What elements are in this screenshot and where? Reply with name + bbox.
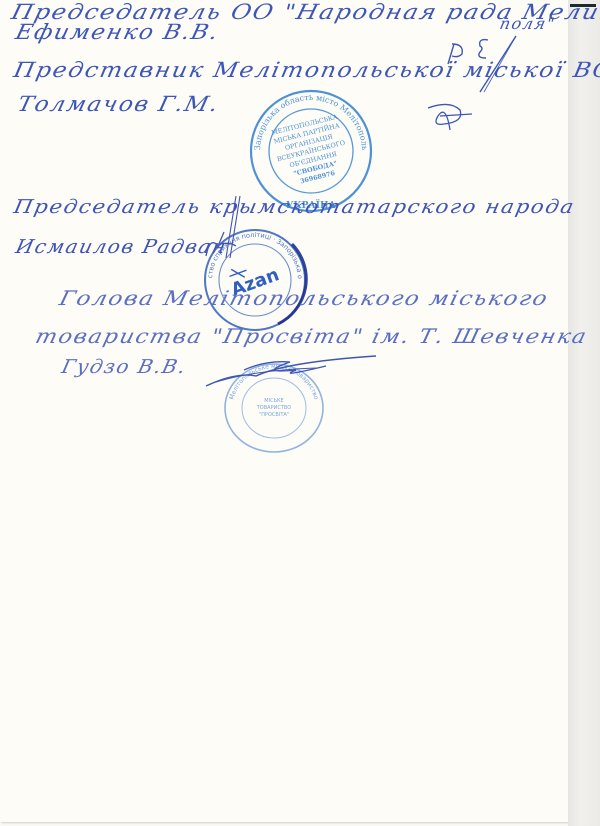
svg-text:"ПРОСВІТА": "ПРОСВІТА" xyxy=(259,412,289,418)
signature-ismailov xyxy=(196,196,266,270)
scan-edge xyxy=(568,0,600,826)
signature-efimenko xyxy=(440,30,520,104)
svg-text:ТОВАРИСТВО: ТОВАРИСТВО xyxy=(256,405,292,411)
line-name-efimenko: Ефименко В.В. xyxy=(13,20,222,44)
line-prosvita-society: товариства "Просвіта" ім. Т. Шевченка xyxy=(33,324,590,348)
line-chairman-crimean-tatar: Председатель крымскотатарского народа xyxy=(12,196,577,218)
line-name-tolmachov: Толмачов Г.М. xyxy=(15,92,222,116)
signature-gudzo xyxy=(196,352,386,396)
line-head-prosvita: Голова Мелітопольського міського xyxy=(57,286,551,310)
svg-text:МІСЬКЕ: МІСЬКЕ xyxy=(264,398,283,404)
line-name-gudzo: Гудзо В.В. xyxy=(60,356,189,378)
signature-tolmachov xyxy=(420,96,480,140)
